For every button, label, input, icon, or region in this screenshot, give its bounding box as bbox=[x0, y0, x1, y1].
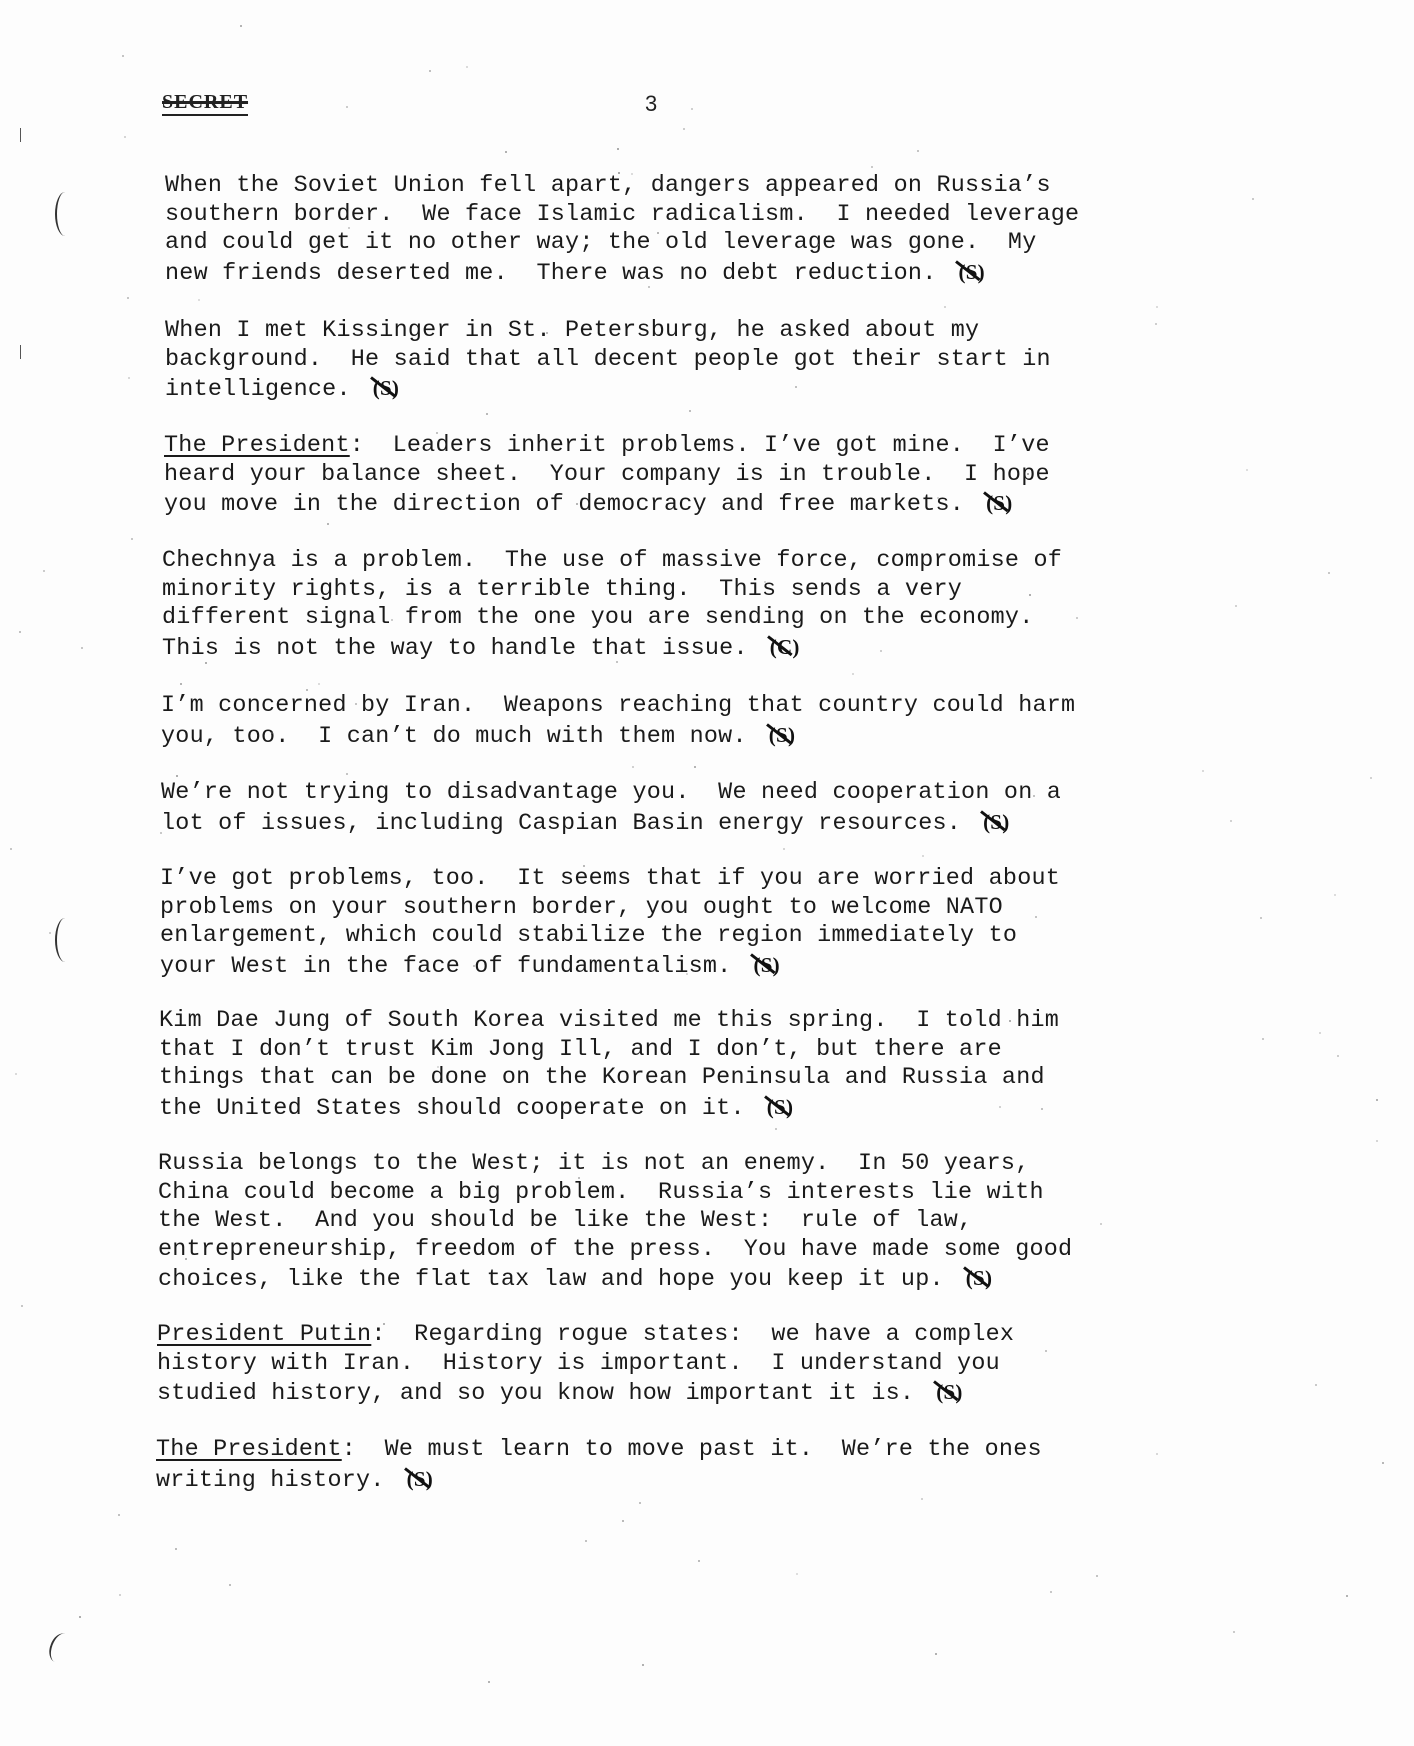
scan-speck bbox=[118, 1514, 120, 1516]
scan-speck bbox=[21, 1305, 23, 1307]
text-line: lot of issues, including Caspian Basin e… bbox=[161, 808, 1061, 839]
line-text: studied history, and so you know how imp… bbox=[157, 1381, 914, 1407]
scan-speck bbox=[783, 848, 785, 850]
scan-speck bbox=[437, 1066, 439, 1068]
classification-marking: SECRET bbox=[162, 91, 248, 116]
speaker-label: President Putin bbox=[157, 1322, 371, 1348]
scan-speck bbox=[348, 227, 350, 229]
line-text: choices, like the flat tax law and hope … bbox=[158, 1267, 944, 1293]
scan-speck bbox=[1376, 1140, 1378, 1142]
scan-speck bbox=[1246, 469, 1248, 471]
scan-speck bbox=[1235, 605, 1237, 607]
text-line: and could get it no other way; the old l… bbox=[165, 229, 1079, 258]
scan-speck bbox=[616, 661, 618, 663]
scan-speck bbox=[1334, 894, 1336, 896]
scan-speck bbox=[578, 1177, 580, 1179]
scan-speck bbox=[1041, 1108, 1043, 1110]
line-text: the West. And you should be like the Wes… bbox=[158, 1208, 972, 1234]
text-line: We’re not trying to disadvantage you. We… bbox=[161, 779, 1061, 808]
scan-speck bbox=[618, 172, 620, 174]
scan-speck bbox=[466, 66, 468, 68]
text-line: new friends deserted me. There was no de… bbox=[165, 258, 1079, 289]
scan-speck bbox=[935, 1653, 937, 1655]
scan-speck bbox=[122, 55, 124, 57]
scan-speck bbox=[1262, 1038, 1264, 1040]
scan-speck bbox=[1230, 820, 1232, 822]
classification-portion-mark: (S) bbox=[373, 374, 399, 403]
scan-speck bbox=[1202, 770, 1204, 772]
paragraph: We’re not trying to disadvantage you. We… bbox=[161, 779, 1061, 838]
text-line: the United States should cooperate on it… bbox=[159, 1093, 1059, 1124]
text-line: the West. And you should be like the Wes… bbox=[158, 1207, 1072, 1236]
text-line: your West in the face of fundamentalism.… bbox=[160, 951, 1060, 982]
paragraph: When the Soviet Union fell apart, danger… bbox=[165, 172, 1079, 288]
scan-speck bbox=[631, 173, 633, 175]
scan-speck bbox=[1009, 1020, 1011, 1022]
scan-speck bbox=[473, 965, 475, 967]
scan-speck bbox=[1050, 1591, 1052, 1593]
text-line: China could become a big problem. Russia… bbox=[158, 1179, 1072, 1208]
scan-speck bbox=[49, 932, 51, 934]
text-line: problems on your southern border, you ou… bbox=[160, 894, 1060, 923]
scan-speck bbox=[1035, 916, 1037, 918]
line-text: I’m concerned by Iran. Weapons reaching … bbox=[161, 693, 1075, 719]
scan-speck bbox=[1370, 777, 1372, 779]
scan-speck bbox=[1100, 1223, 1102, 1225]
text-line: I’ve got problems, too. It seems that if… bbox=[160, 865, 1060, 894]
scan-speck bbox=[1156, 306, 1158, 308]
scan-speck bbox=[271, 732, 273, 734]
margin-tick-mark bbox=[20, 128, 21, 142]
scan-speck bbox=[546, 332, 548, 334]
scan-speck bbox=[1233, 1631, 1235, 1633]
text-line: The President: Leaders inherit problems.… bbox=[164, 432, 1050, 461]
scan-speck bbox=[1033, 795, 1035, 797]
text-line: entrepreneurship, freedom of the press. … bbox=[158, 1236, 1072, 1265]
scan-speck bbox=[1315, 1384, 1317, 1386]
scan-speck bbox=[698, 1560, 700, 1562]
text-line: background. He said that all decent peop… bbox=[165, 346, 1051, 375]
margin-bracket-mark bbox=[55, 192, 75, 236]
paragraph: The President: Leaders inherit problems.… bbox=[164, 432, 1050, 520]
scan-speck bbox=[796, 1573, 798, 1575]
classification-portion-mark: (S) bbox=[936, 1378, 962, 1407]
scan-speck bbox=[694, 766, 696, 768]
classification-portion-mark: (S) bbox=[407, 1465, 433, 1494]
scan-speck bbox=[505, 151, 507, 153]
line-text: intelligence. bbox=[165, 377, 351, 403]
line-text: different signal from the one you are se… bbox=[162, 605, 1034, 631]
line-text: China could become a big problem. Russia… bbox=[158, 1180, 1044, 1206]
line-text: enlargement, which could stabilize the r… bbox=[160, 923, 1017, 949]
line-text: you, too. I can’t do much with them now. bbox=[161, 724, 747, 750]
scan-speck bbox=[1045, 1350, 1047, 1352]
scan-speck bbox=[331, 1277, 333, 1279]
scan-speck bbox=[686, 973, 688, 975]
scan-speck bbox=[999, 1106, 1001, 1108]
line-text: that I don’t trust Kim Jong Ill, and I d… bbox=[159, 1037, 1002, 1063]
speaker-label: The President bbox=[156, 1437, 342, 1463]
text-line: you, too. I can’t do much with them now.… bbox=[161, 721, 1075, 752]
scan-speck bbox=[318, 683, 320, 685]
scan-speck bbox=[937, 497, 939, 499]
text-line: heard your balance sheet. Your company i… bbox=[164, 461, 1050, 490]
scan-speck bbox=[1155, 323, 1157, 325]
scan-speck bbox=[160, 832, 162, 834]
scan-speck bbox=[1376, 1099, 1378, 1101]
text-line: things that can be done on the Korean Pe… bbox=[159, 1064, 1059, 1093]
line-text: writing history. bbox=[156, 1468, 385, 1494]
text-line: I’m concerned by Iran. Weapons reaching … bbox=[161, 692, 1075, 721]
line-text: your West in the face of fundamentalism. bbox=[160, 954, 731, 980]
scan-speck bbox=[131, 538, 133, 540]
line-text: Chechnya is a problem. The use of massiv… bbox=[162, 548, 1062, 574]
scan-speck bbox=[764, 581, 766, 583]
text-line: minority rights, is a terrible thing. Th… bbox=[162, 576, 1062, 605]
scan-speck bbox=[1260, 917, 1262, 919]
scan-speck bbox=[1027, 473, 1029, 475]
text-line: studied history, and so you know how imp… bbox=[157, 1378, 1014, 1409]
scan-speck bbox=[229, 1584, 231, 1586]
line-text: : Leaders inherit problems. I’ve got min… bbox=[350, 433, 1050, 459]
classification-portion-mark: (S) bbox=[983, 808, 1009, 837]
line-text: new friends deserted me. There was no de… bbox=[165, 261, 936, 287]
document-page: SECRET 3 When the Soviet Union fell apar… bbox=[0, 0, 1414, 1746]
classification-portion-mark: (S) bbox=[986, 489, 1012, 518]
scan-speck bbox=[223, 1222, 225, 1224]
scan-speck bbox=[1328, 572, 1330, 574]
scan-speck bbox=[436, 432, 438, 434]
text-line: writing history.(S) bbox=[156, 1465, 1042, 1496]
scan-speck bbox=[642, 1664, 644, 1666]
scan-speck bbox=[617, 148, 619, 150]
scan-speck bbox=[205, 662, 207, 664]
scan-speck bbox=[391, 619, 393, 621]
classification-portion-mark: (C) bbox=[770, 633, 800, 662]
scan-speck bbox=[1319, 1032, 1321, 1034]
scan-speck bbox=[585, 1540, 587, 1542]
scan-speck bbox=[1029, 594, 1031, 596]
scan-speck bbox=[1156, 1453, 1158, 1455]
speaker-label: The President bbox=[164, 433, 350, 459]
line-text: southern border. We face Islamic radical… bbox=[165, 202, 1079, 228]
text-line: enlargement, which could stabilize the r… bbox=[160, 922, 1060, 951]
scan-speck bbox=[632, 766, 634, 768]
line-text: : We must learn to move past it. We’re t… bbox=[342, 1437, 1042, 1463]
scan-speck bbox=[355, 703, 357, 705]
scan-speck bbox=[346, 106, 348, 108]
scan-speck bbox=[944, 306, 946, 308]
margin-tick-mark bbox=[20, 345, 21, 359]
scan-speck bbox=[383, 1323, 385, 1325]
scan-speck bbox=[1076, 617, 1078, 619]
scan-speck bbox=[950, 1222, 952, 1224]
scan-speck bbox=[429, 70, 431, 72]
scan-speck bbox=[185, 1258, 187, 1260]
paragraph: Chechnya is a problem. The use of massiv… bbox=[162, 547, 1062, 663]
paragraph: I’ve got problems, too. It seems that if… bbox=[160, 865, 1060, 981]
scan-speck bbox=[1346, 1595, 1348, 1597]
scan-speck bbox=[327, 523, 329, 525]
scan-speck bbox=[922, 855, 924, 857]
line-text: I’ve got problems, too. It seems that if… bbox=[160, 866, 1060, 892]
line-text: lot of issues, including Caspian Basin e… bbox=[161, 811, 961, 837]
text-line: Russia belongs to the West; it is not an… bbox=[158, 1150, 1072, 1179]
scan-speck bbox=[639, 1502, 641, 1504]
text-line: choices, like the flat tax law and hope … bbox=[158, 1264, 1072, 1295]
line-text: heard your balance sheet. Your company i… bbox=[164, 462, 1050, 488]
scan-speck bbox=[81, 647, 83, 649]
scan-speck bbox=[128, 377, 130, 379]
scan-speck bbox=[871, 166, 873, 168]
scan-speck bbox=[917, 150, 919, 152]
margin-bracket-mark bbox=[55, 918, 75, 962]
scan-speck bbox=[43, 570, 45, 572]
scan-speck bbox=[738, 555, 740, 557]
line-text: When I met Kissinger in St. Petersburg, … bbox=[165, 318, 979, 344]
classification-portion-mark: (S) bbox=[958, 258, 984, 287]
line-text: We’re not trying to disadvantage you. We… bbox=[161, 780, 1061, 806]
line-text: things that can be done on the Korean Pe… bbox=[159, 1065, 1045, 1091]
line-text: Russia belongs to the West; it is not an… bbox=[158, 1151, 1030, 1177]
scan-speck bbox=[842, 702, 844, 704]
text-line: Kim Dae Jung of South Korea visited me t… bbox=[159, 1007, 1059, 1036]
scan-speck bbox=[795, 386, 797, 388]
line-text: background. He said that all decent peop… bbox=[165, 347, 1051, 373]
scan-speck bbox=[486, 413, 488, 415]
margin-bracket-mark bbox=[45, 1630, 74, 1665]
text-line: The President: We must learn to move pas… bbox=[156, 1436, 1042, 1465]
scan-speck bbox=[346, 773, 348, 775]
classification-portion-mark: (S) bbox=[753, 951, 779, 980]
line-text: problems on your southern border, you ou… bbox=[160, 895, 1003, 921]
line-text: Kim Dae Jung of South Korea visited me t… bbox=[159, 1008, 1059, 1034]
scan-speck bbox=[622, 1520, 624, 1522]
text-line: different signal from the one you are se… bbox=[162, 604, 1062, 633]
scan-speck bbox=[488, 1681, 490, 1683]
scan-speck bbox=[775, 1128, 777, 1130]
text-line: intelligence.(S) bbox=[165, 374, 1051, 405]
scan-speck bbox=[1382, 1462, 1384, 1464]
scan-speck bbox=[921, 1498, 923, 1500]
scan-speck bbox=[10, 848, 12, 850]
scan-speck bbox=[576, 503, 578, 505]
text-line: When I met Kissinger in St. Petersburg, … bbox=[165, 317, 1051, 346]
scan-speck bbox=[880, 650, 882, 652]
line-text: the United States should cooperate on it… bbox=[159, 1096, 745, 1122]
scan-speck bbox=[852, 673, 854, 675]
text-line: that I don’t trust Kim Jong Ill, and I d… bbox=[159, 1036, 1059, 1065]
scan-speck bbox=[817, 244, 819, 246]
scan-speck bbox=[240, 25, 242, 27]
line-text: you move in the direction of democracy a… bbox=[164, 492, 964, 518]
scan-speck bbox=[1096, 1575, 1098, 1577]
scan-speck bbox=[657, 232, 659, 234]
page-number: 3 bbox=[645, 91, 657, 117]
scan-speck bbox=[124, 136, 126, 138]
paragraph: When I met Kissinger in St. Petersburg, … bbox=[165, 317, 1051, 405]
scan-speck bbox=[691, 108, 693, 110]
line-text: and could get it no other way; the old l… bbox=[165, 230, 1037, 256]
scan-speck bbox=[910, 251, 912, 253]
scan-speck bbox=[1252, 198, 1254, 200]
scan-speck bbox=[79, 1616, 81, 1618]
line-text: When the Soviet Union fell apart, danger… bbox=[165, 173, 1051, 199]
classification-portion-mark: (S) bbox=[966, 1264, 992, 1293]
line-text: : Regarding rogue states: we have a comp… bbox=[371, 1322, 1014, 1348]
line-text: This is not the way to handle that issue… bbox=[162, 636, 748, 662]
line-text: minority rights, is a terrible thing. Th… bbox=[162, 577, 962, 603]
text-line: When the Soviet Union fell apart, danger… bbox=[165, 172, 1079, 201]
scan-speck bbox=[19, 631, 21, 633]
scan-speck bbox=[689, 410, 691, 412]
classification-portion-mark: (S) bbox=[769, 721, 795, 750]
scan-speck bbox=[648, 286, 650, 288]
paragraph: The President: We must learn to move pas… bbox=[156, 1436, 1042, 1495]
scan-speck bbox=[180, 683, 182, 685]
text-line: This is not the way to handle that issue… bbox=[162, 633, 1062, 664]
paragraph: President Putin: Regarding rogue states:… bbox=[157, 1321, 1014, 1409]
classification-portion-mark: (S) bbox=[767, 1093, 793, 1122]
text-line: you move in the direction of democracy a… bbox=[164, 489, 1050, 520]
paragraph: I’m concerned by Iran. Weapons reaching … bbox=[161, 692, 1075, 751]
text-line: history with Iran. History is important.… bbox=[157, 1350, 1014, 1379]
text-line: President Putin: Regarding rogue states:… bbox=[157, 1321, 1014, 1350]
scan-speck bbox=[119, 1594, 121, 1596]
text-line: southern border. We face Islamic radical… bbox=[165, 201, 1079, 230]
line-text: history with Iran. History is important.… bbox=[157, 1351, 1000, 1377]
text-line: Chechnya is a problem. The use of massiv… bbox=[162, 547, 1062, 576]
scan-speck bbox=[15, 1073, 17, 1075]
scan-speck bbox=[1337, 1055, 1339, 1057]
line-text: entrepreneurship, freedom of the press. … bbox=[158, 1237, 1072, 1263]
paragraph: Russia belongs to the West; it is not an… bbox=[158, 1150, 1072, 1295]
scan-speck bbox=[127, 297, 129, 299]
paragraph: Kim Dae Jung of South Korea visited me t… bbox=[159, 1007, 1059, 1123]
scan-speck bbox=[683, 128, 685, 130]
scan-speck bbox=[198, 299, 200, 301]
scan-speck bbox=[334, 1162, 336, 1164]
scan-speck bbox=[857, 938, 859, 940]
scan-speck bbox=[336, 1283, 338, 1285]
scan-speck bbox=[175, 1548, 177, 1550]
scan-speck bbox=[583, 865, 585, 867]
scan-speck bbox=[176, 775, 178, 777]
scan-speck bbox=[306, 689, 308, 691]
